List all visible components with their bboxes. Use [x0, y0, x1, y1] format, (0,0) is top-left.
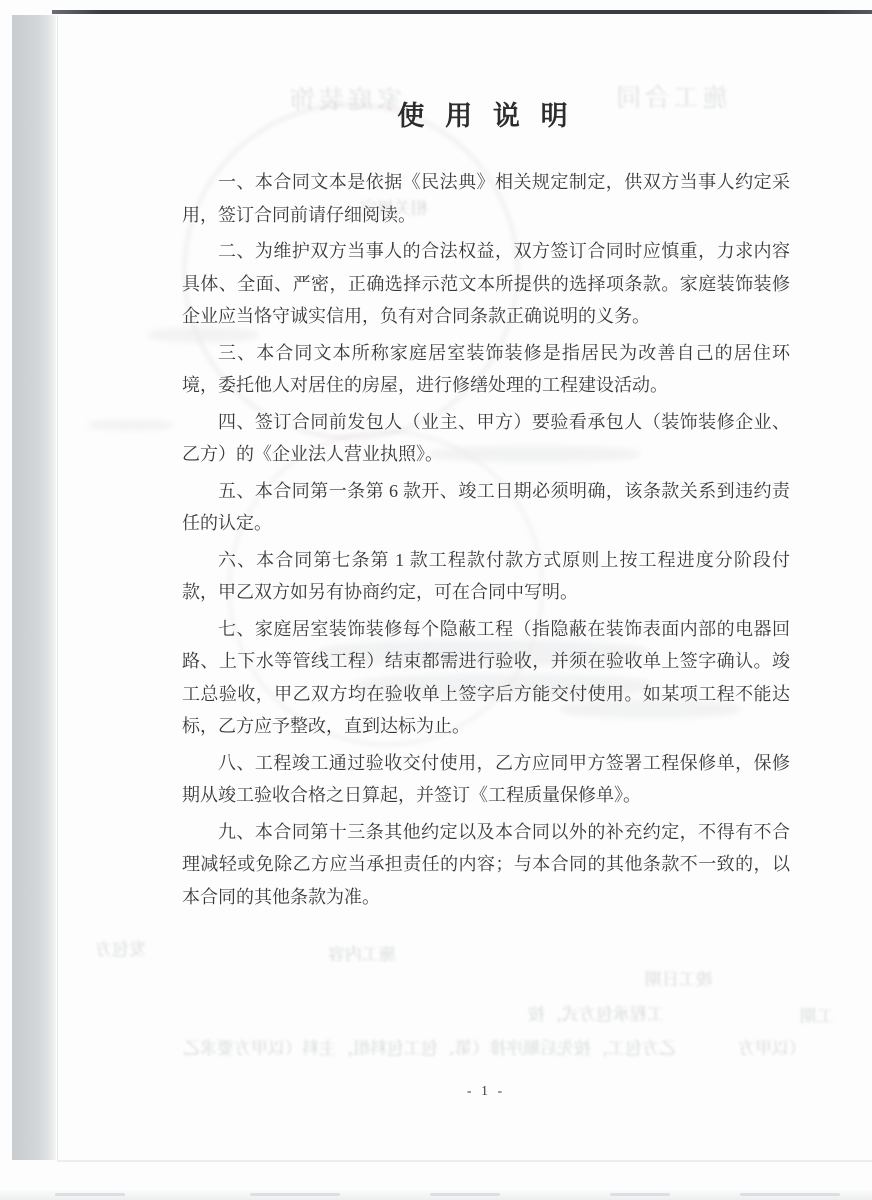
- paragraph-9: 九、本合同第十三条其他约定以及本合同以外的补充约定，不得有不合理减轻或免除乙方应…: [182, 816, 790, 914]
- bleed-through-text: 发包方: [95, 941, 146, 958]
- scan-bottom-artifact: [55, 1193, 125, 1196]
- paragraph-5: 五、本合同第一条第 6 款开、竣工日期必须明确，该条款关系到违约责任的认定。: [182, 475, 790, 540]
- paragraph-7: 七、家庭居室装饰装修每个隐蔽工程（指隐蔽在装饰表面内部的电器回路、上下水等管线工…: [182, 613, 790, 743]
- bleed-through-text: 施工内容: [328, 946, 396, 963]
- scan-bottom-artifact: [250, 1193, 340, 1196]
- scan-top-edge-line: [52, 10, 872, 14]
- bleed-through-text: （以甲方: [738, 1040, 806, 1057]
- scan-bottom-artifact: [430, 1193, 500, 1196]
- scan-smudge: [88, 420, 173, 430]
- paragraph-1: 一、本合同文本是依据《民法典》相关规定制定，供双方当事人约定采用，签订合同前请仔…: [182, 166, 790, 231]
- scanned-page: 家庭装饰 施工合同 相关规定 发包方 施工内容 竣工日期 工程承包方式，按 工期…: [0, 0, 872, 1200]
- page-bottom-edge: [57, 1160, 872, 1162]
- scan-bottom-artifact: [610, 1193, 670, 1196]
- page-title: 使 用 说 明: [182, 94, 790, 133]
- paragraph-3: 三、本合同文本所称家庭居室装饰装修是指居民为改善自己的居住环境，委托他人对居住的…: [182, 337, 790, 402]
- paragraph-2: 二、为维护双方当事人的合法权益，双方签订合同时应慎重，力求内容具体、全面、严密，…: [182, 235, 790, 333]
- scan-bottom-artifact: [740, 1193, 840, 1196]
- page-number: - 1 -: [182, 1084, 790, 1100]
- bleed-through-text: 乙方包工，按先后顺序排（第、包工包料组，主料（以甲方要求乙: [183, 1040, 676, 1057]
- document-body: 一、本合同文本是依据《民法典》相关规定制定，供双方当事人约定采用，签订合同前请仔…: [182, 166, 790, 917]
- bleed-through-text: 工程承包方式，按: [528, 1006, 664, 1023]
- paragraph-8: 八、工程竣工通过验收交付使用，乙方应同甲方签署工程保修单，保修期从竣工验收合格之…: [182, 747, 790, 812]
- book-spine-shadow: [12, 15, 58, 1160]
- bleed-through-text: 竣工日期: [645, 971, 713, 988]
- paragraph-4: 四、签订合同前发包人（业主、甲方）要验看承包人（装饰装修企业、乙方）的《企业法人…: [182, 406, 790, 471]
- paragraph-6: 六、本合同第七条第 1 款工程款付款方式原则上按工程进度分阶段付款，甲乙双方如另…: [182, 544, 790, 609]
- bleed-through-text: 工期: [800, 1008, 834, 1025]
